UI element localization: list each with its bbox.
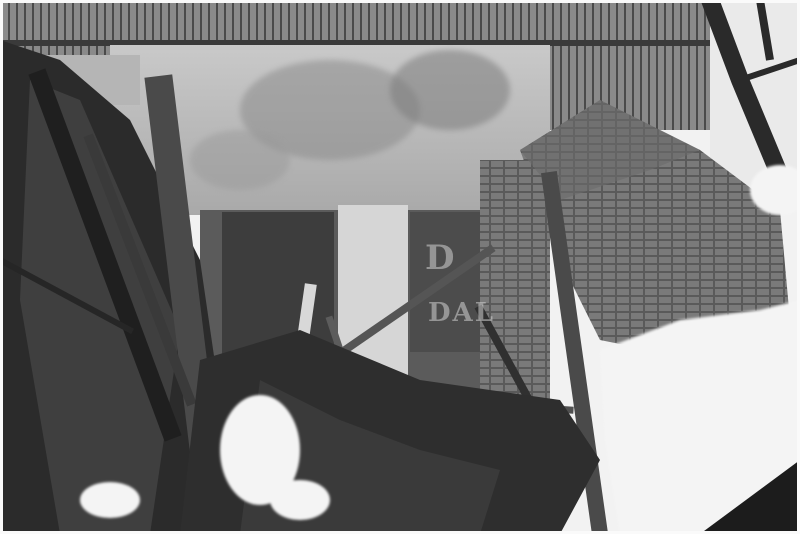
photograph: D DAL <box>0 0 800 534</box>
sign-upper-letter: D <box>425 238 456 278</box>
collapsed-building-scene <box>0 0 800 534</box>
sign-lower-text: DAL <box>428 298 495 328</box>
